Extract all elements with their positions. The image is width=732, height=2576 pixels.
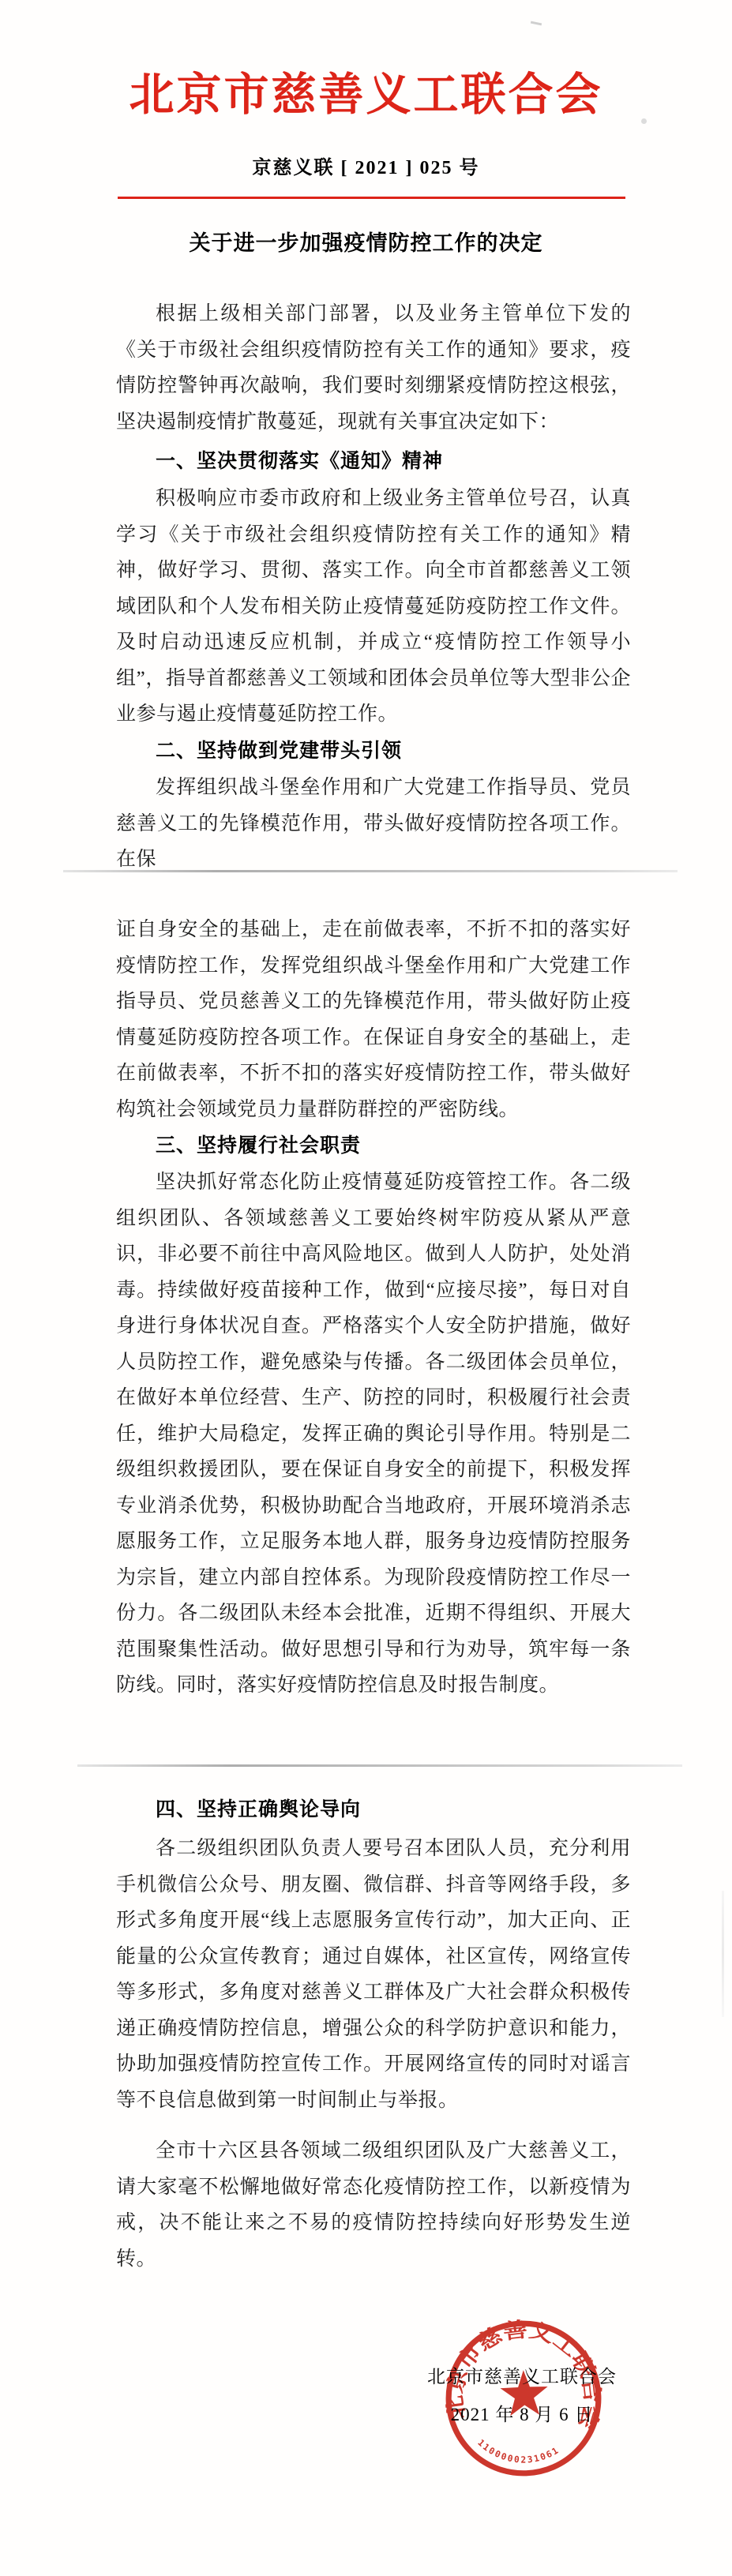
- section-2-paragraph-page2: 证自身安全的基础上，走在前做表率，不折不扣的落实好疫情防控工作，发挥党组织战斗堡…: [116, 912, 631, 1127]
- letterhead-red-rule: [118, 197, 625, 199]
- section-4-heading: 四、坚持正确舆论导向: [116, 1792, 631, 1828]
- section-4-paragraph: 各二级组织团队负责人要号召本团队人员，充分利用手机微信公众号、朋友圈、微信群、抖…: [116, 1831, 631, 2118]
- scan-artifact-streak: [722, 1891, 724, 2017]
- section-1-heading: 一、坚决贯彻落实《通知》精神: [116, 444, 631, 479]
- page-break-line-1: [63, 870, 678, 872]
- intro-paragraph: 根据上级相关部门部署，以及业务主管单位下发的《关于市级社会组织疫情防控有关工作的…: [116, 296, 631, 440]
- seal-star-icon: [500, 2369, 549, 2416]
- section-2-paragraph-page1: 发挥组织战斗堡垒作用和广大党建工作指导员、党员慈善义工的先锋模范作用，带头做好疫…: [116, 770, 631, 878]
- section-3-paragraph: 坚决抓好常态化防止疫情蔓延防疫管控工作。各二级组织团队、各领域慈善义工要始终树牢…: [116, 1164, 631, 1704]
- document-number: 京慈义联 [ 2021 ] 025 号: [0, 152, 732, 179]
- seal-graphic: 北京市慈善义工联合会 1100000231061: [441, 2315, 607, 2482]
- document-title: 关于进一步加强疫情防控工作的决定: [0, 226, 732, 257]
- section-2-heading: 二、坚持做到党建带头引领: [116, 733, 631, 769]
- scan-artifact-speck: [531, 21, 542, 26]
- closing-paragraph: 全市十六区县各领域二级组织团队及广大慈善义工，请大家毫不松懈地做好常态化疫情防控…: [116, 2133, 631, 2277]
- official-seal-stamp: 北京市慈善义工联合会 1100000231061: [441, 2315, 607, 2482]
- scan-artifact-speck: [641, 118, 647, 124]
- section-1-paragraph: 积极响应市委市政府和上级业务主管单位号召，认真学习《关于市级社会组织疫情防控有关…: [116, 481, 631, 733]
- letterhead-org-title: 北京市慈善义工联合会: [0, 58, 732, 123]
- section-3-heading: 三、坚持履行社会职责: [116, 1128, 631, 1164]
- page-break-line-2: [77, 1764, 682, 1767]
- scanned-official-document: 北京市慈善义工联合会 京慈义联 [ 2021 ] 025 号 关于进一步加强疫情…: [0, 0, 732, 2576]
